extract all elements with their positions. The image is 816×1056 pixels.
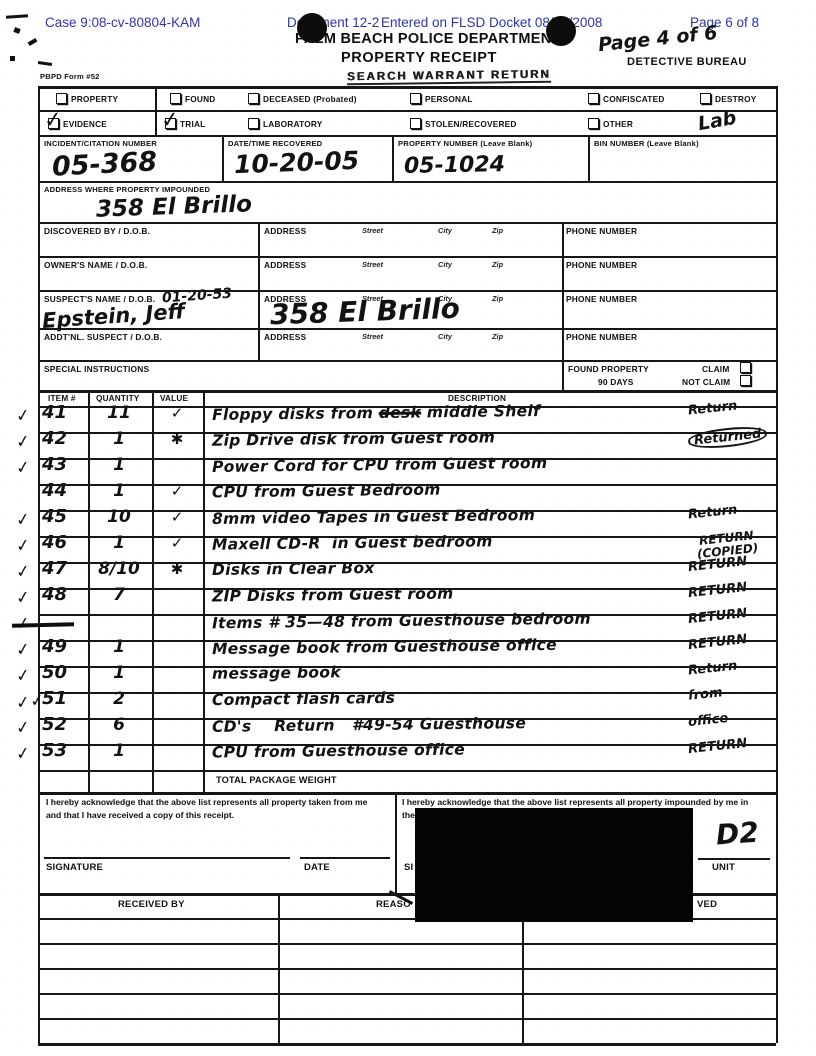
grid-vline: [38, 86, 40, 1043]
item-note: Return: [687, 659, 737, 677]
grid-hline: [38, 110, 776, 112]
grid-hline: [38, 484, 776, 486]
class2-label: TRIAL: [180, 119, 205, 129]
hole-punch-icon: [297, 13, 327, 43]
item-mark: ✓: [15, 641, 31, 660]
claim-label: CLAIM: [702, 364, 730, 374]
grid-hline: [38, 86, 776, 89]
item-val: ✓: [152, 484, 202, 499]
item-note: Return: [687, 503, 737, 521]
item-mark: ✓: [15, 589, 31, 608]
grid-hline: [38, 744, 776, 746]
class1-label: CONFISCATED: [603, 94, 665, 104]
grid-hline: [38, 770, 776, 772]
scanned-property-receipt-page: Case 9:08-cv-80804-KAM Document 12-2 Ent…: [0, 0, 816, 1056]
zip-sublabel: Zip: [492, 294, 503, 303]
item-mark: ✓: [15, 719, 31, 738]
redaction-box: [415, 808, 693, 922]
grid-hline: [38, 432, 776, 434]
class2-label: EVIDENCE: [63, 119, 107, 129]
unit-label: UNIT: [712, 862, 735, 873]
grid-hline: [38, 640, 776, 642]
class1-checkbox-confiscated[interactable]: [588, 93, 599, 104]
class1-label: DESTROY: [715, 94, 757, 104]
item-mark: ✓: [15, 511, 31, 530]
class1-label: PERSONAL: [425, 94, 473, 104]
suspect-address-value: 358 El Brillo: [270, 295, 461, 330]
hole-punch-icon: [546, 16, 576, 46]
unit-value-handwritten: D2: [715, 819, 760, 850]
checkmark-icon: ✓: [160, 109, 181, 133]
grid-hline: [38, 1018, 776, 1020]
street-sublabel: Street: [362, 226, 383, 235]
receipt-title: PROPERTY RECEIPT: [341, 50, 497, 66]
discovered-by-label: DISCOVERED BY / D.O.B.: [44, 226, 150, 236]
grid-hline: [38, 614, 776, 616]
grid-hline: [38, 1043, 776, 1046]
qty-col-header: QUANTITY: [96, 394, 139, 403]
grid-hline: [38, 181, 776, 183]
signature-line: [44, 857, 290, 859]
grid-hline: [38, 360, 776, 362]
pen-mark: [10, 56, 15, 61]
grid-hline: [38, 666, 776, 668]
strikethrough-mark: [12, 622, 74, 628]
pen-mark: [38, 61, 52, 65]
found-property-label: FOUND PROPERTY: [568, 364, 649, 374]
grid-hline: [38, 222, 776, 224]
datetime-value: 10-20-05: [234, 148, 360, 177]
item-val: ✱: [152, 432, 202, 447]
grid-hline: [38, 510, 776, 512]
signature-label: SIGNATURE: [46, 862, 103, 873]
claim-checkbox[interactable]: [740, 362, 751, 373]
grid-hline: [38, 328, 776, 330]
ack-left-text: I hereby acknowledge that the above list…: [46, 796, 376, 823]
caption-case: Case 9:08-cv-80804-KAM: [45, 15, 200, 30]
pen-mark: [13, 27, 20, 34]
property-number-value: 05-1024: [404, 154, 505, 178]
street-sublabel: Street: [362, 260, 383, 269]
grid-hline: [38, 135, 776, 137]
received-by-header: RECEIVED BY: [118, 899, 185, 910]
class2-label: STOLEN/RECOVERED: [425, 119, 517, 129]
grid-vline: [222, 135, 224, 181]
phone-sublabel: PHONE NUMBER: [566, 260, 637, 270]
phone-sublabel: PHONE NUMBER: [566, 294, 637, 304]
not-claim-label: NOT CLAIM: [682, 377, 730, 387]
address-sublabel: ADDRESS: [264, 260, 306, 270]
grid-hline: [38, 968, 776, 970]
item-note: Return: [687, 399, 737, 417]
grid-hline: [38, 406, 776, 408]
signature-label-fragment: SI: [404, 862, 413, 873]
item-val: ✓: [152, 406, 202, 421]
grid-hline: [38, 943, 776, 945]
city-sublabel: City: [438, 226, 452, 235]
item-mark: ✓: [15, 433, 31, 452]
class1-checkbox-found[interactable]: [170, 93, 181, 104]
class2-label: LABORATORY: [263, 119, 322, 129]
phone-sublabel: PHONE NUMBER: [566, 332, 637, 342]
property-number-label: PROPERTY NUMBER (Leave Blank): [398, 139, 532, 148]
class1-label: DECEASED (Probated): [263, 94, 357, 104]
address-sublabel: ADDRESS: [264, 332, 306, 342]
not-claim-checkbox[interactable]: [740, 375, 751, 386]
grid-vline: [278, 893, 280, 1043]
grid-vline: [155, 86, 157, 135]
item-note: office: [687, 712, 728, 729]
item-val: ✓: [152, 536, 202, 551]
grid-vline: [588, 135, 590, 181]
grid-hline: [38, 536, 776, 538]
class1-checkbox-destroy[interactable]: [700, 93, 711, 104]
grid-vline: [776, 86, 778, 1043]
item-row-53: ✓531CPU from Guesthouse officeRETURN: [0, 744, 816, 770]
item-mark: ✓: [15, 745, 31, 764]
handwritten-lab: Lab: [697, 109, 738, 134]
item-mark: ✓: [15, 563, 31, 582]
zip-sublabel: Zip: [492, 260, 503, 269]
street-sublabel: Street: [362, 332, 383, 341]
grid-vline: [392, 135, 394, 181]
total-package-weight-label: TOTAL PACKAGE WEIGHT: [216, 775, 337, 785]
search-warrant-return-stamp: SEARCH WARRANT RETURN: [347, 69, 551, 85]
impound-address-value: 358 El Brillo: [96, 193, 253, 221]
city-sublabel: City: [438, 332, 452, 341]
class1-checkbox-deceased-probated-[interactable]: [248, 93, 259, 104]
zip-sublabel: Zip: [492, 332, 503, 341]
pen-mark: [28, 38, 38, 46]
class2-label: OTHER: [603, 119, 633, 129]
grid-vline: [258, 222, 260, 360]
incident-number-value: 05-368: [51, 148, 157, 180]
grid-hline: [38, 588, 776, 590]
form-number: PBPD Form #52: [40, 72, 100, 81]
class1-checkbox-property[interactable]: [56, 93, 67, 104]
ninety-days-label: 90 DAYS: [598, 377, 634, 387]
class2-checkbox-other[interactable]: [588, 118, 599, 129]
item-mark: ✓: [15, 537, 31, 556]
phone-sublabel: PHONE NUMBER: [566, 226, 637, 236]
grid-hline: [38, 792, 776, 795]
class1-checkbox-personal[interactable]: [410, 93, 421, 104]
date-received-header-fragment: VED: [697, 899, 717, 910]
class2-checkbox-laboratory[interactable]: [248, 118, 259, 129]
grid-hline: [38, 390, 776, 393]
grid-hline: [38, 256, 776, 258]
bureau-title: DETECTIVE BUREAU: [627, 56, 747, 68]
grid-hline: [38, 562, 776, 564]
item-mark: ✓: [15, 459, 31, 478]
addtl-suspect-label: ADDT'NL. SUSPECT / D.O.B.: [44, 332, 162, 342]
grid-vline: [88, 390, 90, 792]
bin-number-label: BIN NUMBER (Leave Blank): [594, 139, 699, 148]
zip-sublabel: Zip: [492, 226, 503, 235]
item-val: ✓: [152, 510, 202, 525]
item-mark: ✓✓: [15, 692, 46, 713]
grid-hline: [38, 718, 776, 720]
date-label: DATE: [304, 862, 330, 873]
grid-vline: [152, 390, 154, 792]
item-mark: ✓: [15, 407, 31, 426]
class1-label: PROPERTY: [71, 94, 118, 104]
unit-line: [698, 858, 770, 860]
grid-vline: [395, 792, 397, 893]
grid-hline: [38, 993, 776, 995]
address-sublabel: ADDRESS: [264, 226, 306, 236]
reason-header-fragment: REASO: [376, 899, 411, 910]
value-col-header: VALUE: [160, 394, 188, 403]
item-note: from: [687, 686, 723, 703]
grid-vline: [203, 390, 205, 792]
grid-hline: [38, 290, 776, 292]
item-row-48: ✓487ZIP Disks from Guest roomRETURN: [0, 588, 816, 614]
grid-vline: [562, 222, 564, 390]
class1-label: FOUND: [185, 94, 216, 104]
department-title: PALM BEACH POLICE DEPARTMENT: [295, 31, 561, 47]
city-sublabel: City: [438, 260, 452, 269]
checkmark-icon: ✓: [43, 109, 64, 133]
item-mark: ✓: [15, 667, 31, 686]
grid-hline: [38, 692, 776, 694]
item-val: ✱: [152, 562, 202, 577]
class2-checkbox-stolen-recovered[interactable]: [410, 118, 421, 129]
special-instructions-label: SPECIAL INSTRUCTIONS: [44, 364, 149, 374]
owner-name-label: OWNER'S NAME / D.O.B.: [44, 260, 147, 270]
grid-hline: [38, 458, 776, 460]
date-line: [300, 857, 390, 859]
